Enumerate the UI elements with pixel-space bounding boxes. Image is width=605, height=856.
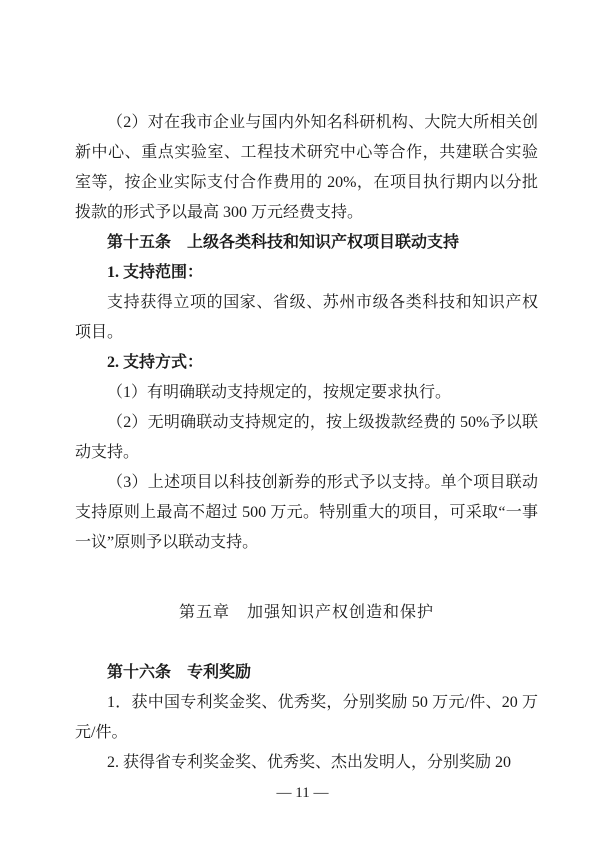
body-paragraph: 支持获得立项的国家、省级、苏州市级各类科技和知识产权项目。 — [75, 288, 538, 348]
sub-heading: 1. 支持范围： — [75, 258, 538, 288]
article-heading: 第十五条 上级各类科技和知识产权项目联动支持 — [75, 228, 538, 258]
document-content: （2）对在我市企业与国内外知名科研机构、大院大所相关创新中心、重点实验室、工程技… — [75, 108, 538, 778]
body-paragraph: 1．获中国专利奖金奖、优秀奖，分别奖励 50 万元/件、20 万元/件。 — [75, 688, 538, 748]
body-paragraph: 2. 获得省专利奖金奖、优秀奖、杰出发明人，分别奖励 20 — [75, 748, 538, 778]
body-paragraph: （2）无明确联动支持规定的，按上级拨款经费的 50%予以联动支持。 — [75, 408, 538, 468]
body-paragraph: （1）有明确联动支持规定的，按规定要求执行。 — [75, 378, 538, 408]
article-heading: 第十六条 专利奖励 — [75, 658, 538, 688]
body-paragraph: （3）上述项目以科技创新券的形式予以支持。单个项目联动支持原则上最高不超过 50… — [75, 468, 538, 558]
chapter-heading: 第五章 加强知识产权创造和保护 — [75, 598, 538, 628]
document-page: （2）对在我市企业与国内外知名科研机构、大院大所相关创新中心、重点实验室、工程技… — [0, 0, 605, 856]
sub-heading: 2. 支持方式： — [75, 348, 538, 378]
body-paragraph: （2）对在我市企业与国内外知名科研机构、大院大所相关创新中心、重点实验室、工程技… — [75, 108, 538, 228]
page-number: — 11 — — [0, 785, 605, 802]
